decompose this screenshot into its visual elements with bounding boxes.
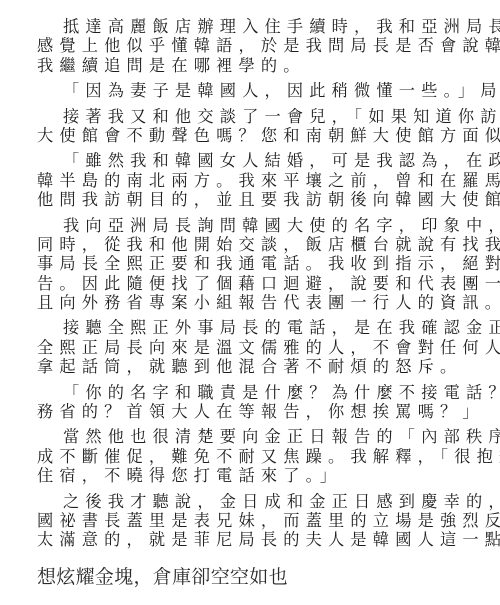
text-line: 務省的？首領大人在等報告，你想挨罵嗎？」 (37, 402, 465, 421)
paragraph-8: 當然他也很清楚要向金正日報告的「內部秩序」，只是由於金日 成不斷催促，難免不耐又… (37, 427, 465, 485)
paragraph-5: 我向亞洲局長詢問韓國大使的名字，印象中，他說的是李祺周。 同時，從我和他開始交談… (37, 216, 465, 313)
text-line: 接聽全熙正外事局長的電話，是在我確認金正日已收到報告後。 (37, 318, 465, 337)
paragraph-9: 之後我才聽說，金日成和金正日感到慶幸的，是大使夫人和聯合 國祕書長蓋里是表兄妹，… (37, 492, 465, 550)
text-line: 成不斷催促，難免不耐又焦躁。我解釋，「很抱歉。我幫代表團安排 (37, 447, 465, 466)
text-line: 之後我才聽說，金日成和金正日感到慶幸的，是大使夫人和聯合 (37, 492, 465, 511)
text-line: 告。因此隨便找了個藉口迴避，說要和代表團一起上樓到房間去，並 (37, 274, 465, 293)
paragraph-3: 接著我又和他交談了一會兒，「如果知道你訪北，羅馬的南朝鮮 大使館會不動聲色嗎？您… (37, 107, 465, 146)
text-line: 「雖然我和韓國女人結婚，可是我認為，在政治上應均等地對待 (37, 151, 465, 170)
text-line: 且向外務省專案小組報告代表團一行人的資訊。 (37, 293, 465, 312)
text-line: 國祕書長蓋里是表兄妹，而蓋里的立場是強烈反美。至於金氏父子不 (37, 511, 465, 530)
text-line: 當然他也很清楚要向金正日報告的「內部秩序」，只是由於金日 (37, 427, 465, 446)
text-line: 拿起話筒，就聽到他混合著不耐煩的怒斥。 (37, 357, 465, 376)
text-line: 太滿意的，就是菲尼局長的夫人是韓國人這一點了。 (37, 530, 465, 549)
text-line: 我繼續追問是在哪裡學的。 (37, 56, 465, 75)
paragraph-4: 「雖然我和韓國女人結婚，可是我認為，在政治上應均等地對待 韓半島的南北兩方。我來… (37, 151, 465, 209)
text-line: 事局長全熙正要和我通電話。我收到指示，絕對不能先向金日成報 (37, 254, 465, 273)
paragraph-1: 抵達高麗飯店辦理入住手續時，我和亞洲局長菲尼交談了幾句。 感覺上他似乎懂韓語，於… (37, 17, 465, 75)
document-body: 抵達高麗飯店辦理入住手續時，我和亞洲局長菲尼交談了幾句。 感覺上他似乎懂韓語，於… (37, 17, 465, 556)
paragraph-2: 「因為妻子是韓國人，因此稍微懂一些。」局長對我說明。 (37, 81, 465, 100)
text-line: 感覺上他似乎懂韓語，於是我問局長是否會說韓語，他回答會一點。 (37, 36, 465, 55)
text-line: 我向亞洲局長詢問韓國大使的名字，印象中，他說的是李祺周。 (37, 216, 465, 235)
text-line: 抵達高麗飯店辦理入住手續時，我和亞洲局長菲尼交談了幾句。 (37, 17, 465, 36)
text-line: 同時，從我和他開始交談，飯店櫃台就說有找我的來電，是主席部外 (37, 235, 465, 254)
text-line: 接著我又和他交談了一會兒，「如果知道你訪北，羅馬的南朝鮮 (37, 107, 465, 126)
section-heading: 想炫耀金塊，倉庫卻空空如也 (37, 562, 288, 589)
text-line: 韓半島的南北兩方。我來平壤之前，曾和在羅馬的韓國大使見過面。 (37, 171, 465, 190)
text-line: 住宿，不曉得您打電話來了。」 (37, 466, 465, 485)
text-line: 「因為妻子是韓國人，因此稍微懂一些。」局長對我說明。 (37, 81, 465, 100)
paragraph-6: 接聽全熙正外事局長的電話，是在我確認金正日已收到報告後。 全熙正局長向來是溫文儒… (37, 318, 465, 376)
text-line: 大使館會不動聲色嗎？您和南朝鮮大使館方面似乎交情非淺。」 (37, 126, 465, 145)
text-line: 他問我訪朝目的，並且要我訪朝後向韓國大使館說明結果。」 (37, 190, 465, 209)
text-line: 全熙正局長向來是溫文儒雅的人，不會對任何人大吼大叫。然而我一 (37, 338, 465, 357)
paragraph-7: 「你的名字和職責是什麼？為什麼不接電話？你是什麼時候進外 務省的？首領大人在等報… (37, 383, 465, 422)
text-line: 「你的名字和職責是什麼？為什麼不接電話？你是什麼時候進外 (37, 383, 465, 402)
